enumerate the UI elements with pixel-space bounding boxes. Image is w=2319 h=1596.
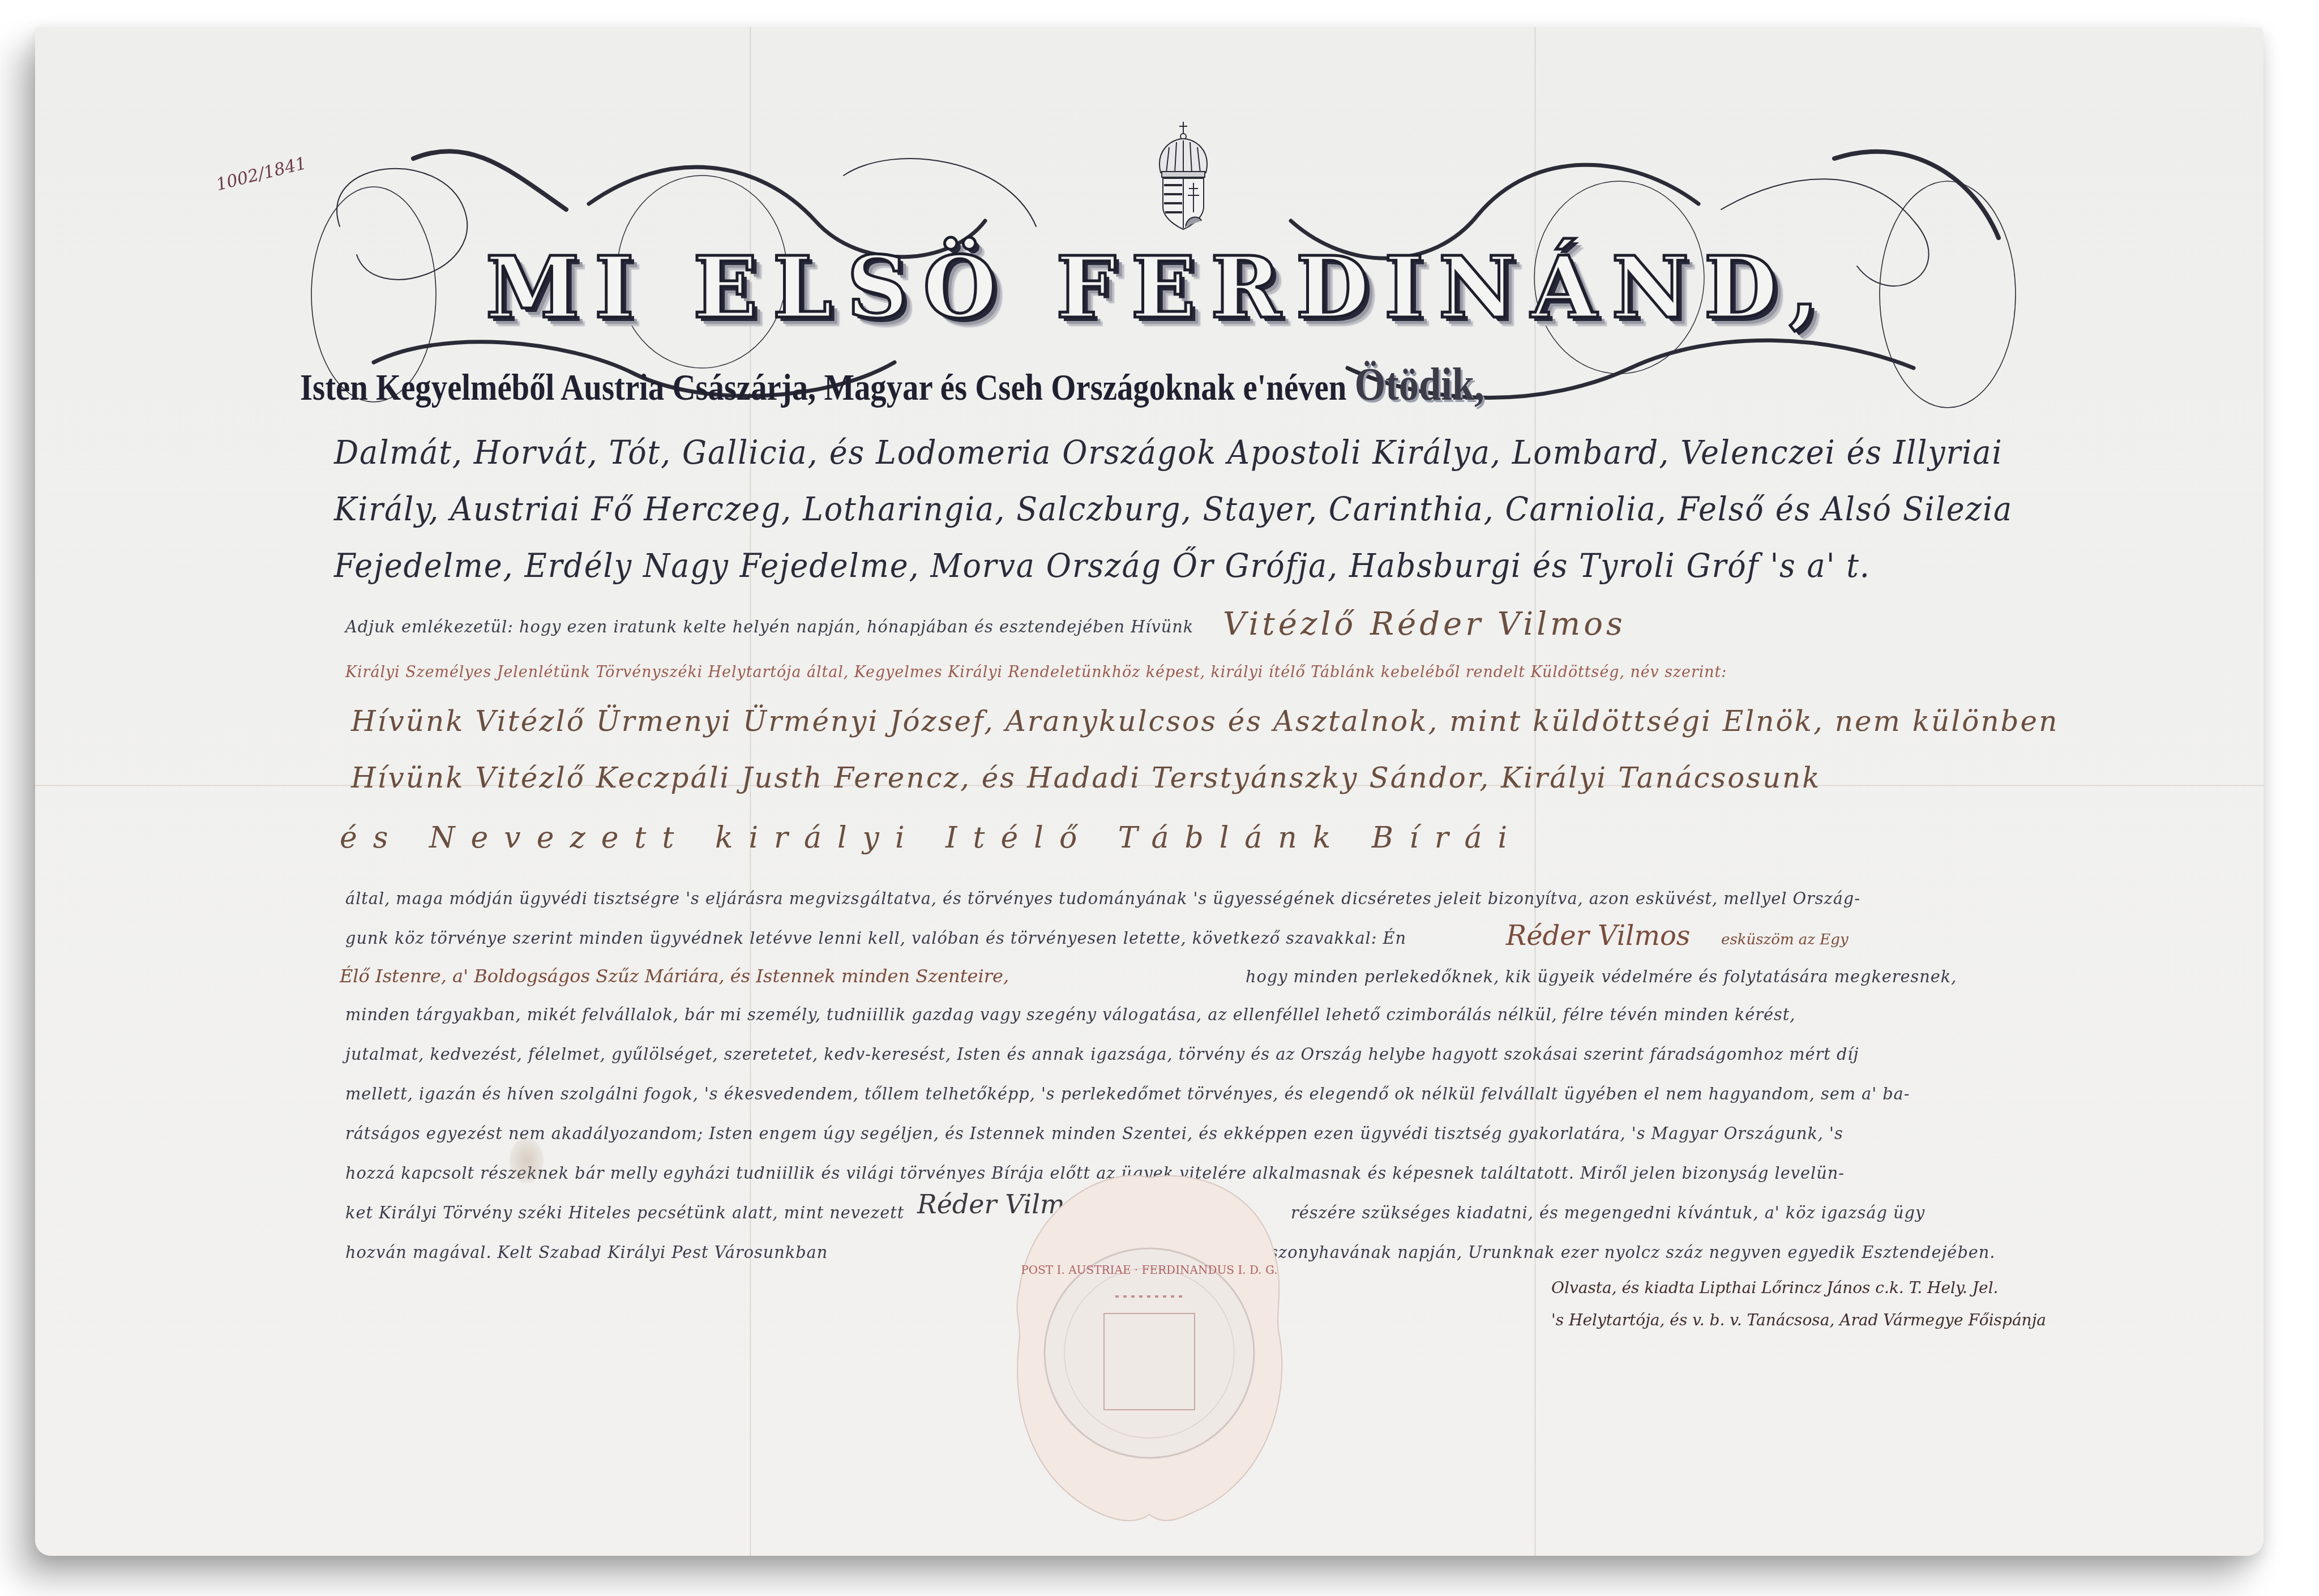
royal-titles-line-2: Király, Austriai Fő Herczeg, Lotharingia… [334, 490, 2013, 528]
subtitle-emphasis: Ötödik, [1354, 358, 1484, 410]
body-line-15: hozván magával. Kelt Szabad Királyi Pest… [345, 1243, 828, 1263]
signature-line-1: Olvasta, és kiadta Lipthai Lőrincz János… [1551, 1278, 1999, 1297]
body-line-3: Hívünk Vitézlő Ürmenyi Ürményi József, A… [351, 705, 2059, 738]
oath-name-tail: esküszöm az Egy [1721, 931, 1849, 948]
oath-invocation: Élő Istenre, a' Boldogságos Szűz Máriára… [340, 965, 1009, 987]
hungarian-crown-coat-of-arms-icon [1149, 122, 1217, 235]
body-line-11: mellett, igazán és híven szolgálni fogok… [345, 1084, 1910, 1104]
subtitle-text: Isten Kegyelméből Austria Császárja, Mag… [300, 367, 1346, 408]
recipient-name-header: Vitézlő Réder Vilmos [1223, 606, 1626, 643]
body-line-8-tail: hogy minden perlekedőknek, kik ügyeik vé… [1246, 967, 1957, 987]
royal-titles-line-3: Fejedelme, Erdély Nagy Fejedelme, Morva … [334, 546, 1871, 585]
body-line-10: jutalmat, kedvezést, félelmet, gyűlölség… [345, 1045, 1859, 1064]
body-line-15-tail: Kisasszonyhavának napján, Urunknak ezer … [1223, 1243, 1995, 1263]
signature-line-2: 's Helytartója, és v. b. v. Tanácsosa, A… [1551, 1311, 2046, 1329]
paper-stain [510, 1138, 544, 1183]
wax-seal-icon: POST I. AUSTRIAE · FERDINANDUS I. D. G. [1008, 1166, 1291, 1529]
body-line-12: rátságos egyezést nem akadályozandom; Is… [345, 1124, 1843, 1144]
oath-name: Réder Vilmos [1506, 920, 1690, 952]
body-line-5: és Nevezett királyi Itélő Táblánk Bírái [340, 821, 1523, 855]
body-line-2: Királyi Személyes Jelenlétünk Törvényszé… [345, 662, 1727, 681]
document-subtitle: Isten Kegyelméből Austria Császárja, Mag… [300, 358, 1761, 411]
body-line-14-tail: részére szükséges kiadatni, és megengedn… [1291, 1203, 1925, 1223]
document-title: MI ELSÖ FERDINÁND, [0, 238, 2319, 337]
seal-legend: POST I. AUSTRIAE · FERDINANDUS I. D. G. [1021, 1263, 1277, 1277]
body-line-7: gunk köz törvénye szerint minden ügyvédn… [345, 928, 1432, 948]
body-line-14: ket Királyi Törvény széki Hiteles pecsét… [345, 1203, 904, 1223]
body-line-9: minden tárgyakban, mikét felvállalok, bá… [345, 1005, 1795, 1025]
body-line-6: által, maga módján ügyvédi tisztségre 's… [345, 889, 1860, 909]
royal-titles-line-1: Dalmát, Horvát, Tót, Gallicia, és Lodome… [334, 433, 2003, 472]
body-line-1: Adjuk emlékezetül: hogy ezen iratunk kel… [345, 617, 1193, 637]
body-line-4: Hívünk Vitézlő Keczpáli Justh Ferencz, é… [351, 761, 1821, 794]
